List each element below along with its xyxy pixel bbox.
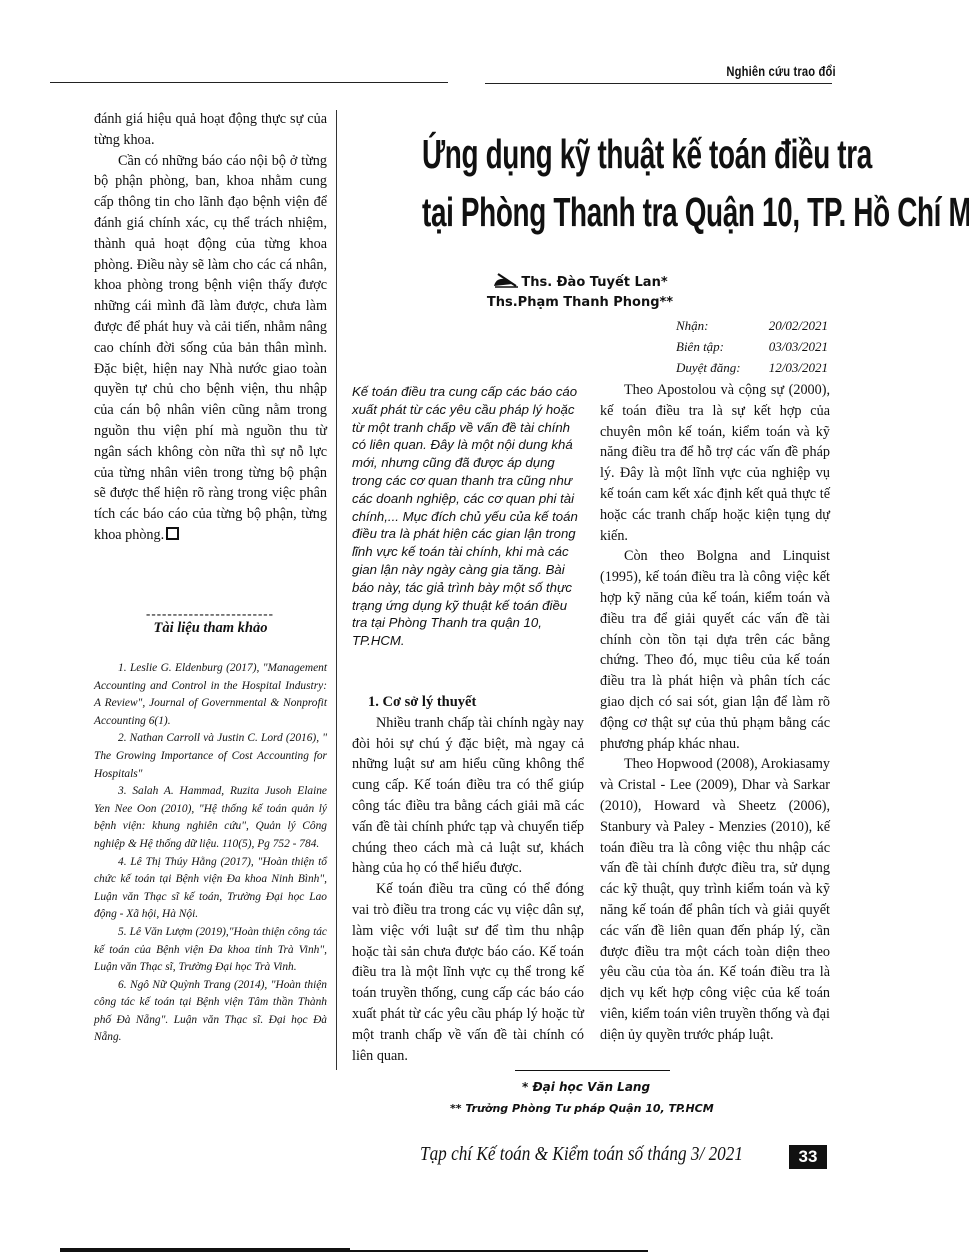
- article-dates: Nhận:20/02/2021 Biên tập:03/03/2021 Duyệ…: [676, 315, 828, 378]
- footnote-2: ** Trưởng Phòng Tư pháp Quận 10, TP.HCM: [400, 1098, 840, 1120]
- column-divider: [336, 110, 337, 1070]
- references-title: Tài liệu tham khảo: [94, 620, 327, 637]
- date-edited: Biên tập:03/03/2021: [676, 336, 828, 357]
- continued-paragraph: đánh giá hiệu quả hoạt động thực sự của …: [94, 109, 327, 151]
- footer-rule: [60, 1250, 648, 1252]
- body-paragraph: Theo Hopwood (2008), Arokiasamy và Crist…: [600, 754, 830, 1045]
- body-paragraph: Theo Apostolou và cộng sự (2000), kế toá…: [600, 380, 830, 546]
- references-list: 1. Leslie G. Eldenburg (2017), "Manageme…: [94, 660, 327, 1047]
- section-tag: Nghiên cứu trao đổi: [727, 63, 836, 79]
- footnote-rule: [515, 1070, 670, 1071]
- authors: Ths. Đào Tuyết Lan* Ths.Phạm Thanh Phong…: [470, 272, 690, 313]
- reference-item: 2. Nathan Carroll và Justin C. Lord (201…: [94, 730, 327, 783]
- footnote-1: * Đại học Văn Lang: [400, 1076, 840, 1098]
- left-column: đánh giá hiệu quả hoạt động thực sự của …: [94, 109, 327, 546]
- title-line-2: tại Phòng Thanh tra Quận 10, TP. Hồ Chí …: [422, 183, 762, 241]
- section-heading: 1. Cơ sở lý thuyết: [352, 692, 584, 713]
- title-line-1: Ứng dụng kỹ thuật kế toán điều tra: [422, 125, 762, 183]
- header-rule-right: [485, 83, 832, 84]
- date-received: Nhận:20/02/2021: [676, 315, 828, 336]
- body-paragraph: Nhiều tranh chấp tài chính ngày nay đòi …: [352, 713, 584, 879]
- end-of-article-mark-icon: [166, 527, 179, 540]
- author-1: Ths. Đào Tuyết Lan*: [470, 272, 690, 293]
- article-title: Ứng dụng kỹ thuật kế toán điều tra tại P…: [422, 125, 762, 241]
- header-rule: [50, 82, 448, 83]
- author-2: Ths.Phạm Thanh Phong**: [470, 293, 690, 313]
- body-paragraph: Kế toán điều tra cũng có thể đóng vai tr…: [352, 879, 584, 1066]
- right-column: Theo Apostolou và cộng sự (2000), kế toá…: [600, 380, 830, 1046]
- journal-name: Tạp chí Kế toán & Kiểm toán số tháng 3/ …: [420, 1143, 743, 1166]
- reference-item: 1. Leslie G. Eldenburg (2017), "Manageme…: [94, 660, 327, 730]
- body-paragraph: Còn theo Bolgna and Linquist (1995), kế …: [600, 546, 830, 754]
- pen-writing-icon: [492, 272, 520, 288]
- reference-item: 4. Lê Thị Thúy Hằng (2017), "Hoàn thiện …: [94, 854, 327, 924]
- reference-item: 3. Salah A. Hammad, Ruzita Jusoh Elaine …: [94, 783, 327, 853]
- reference-item: 6. Ngô Nữ Quỳnh Trang (2014), "Hoàn thiệ…: [94, 977, 327, 1047]
- date-approved: Duyệt đăng:12/03/2021: [676, 357, 828, 378]
- footnotes: * Đại học Văn Lang ** Trưởng Phòng Tư ph…: [400, 1076, 840, 1120]
- reference-item: 5. Lê Văn Lượm (2019),"Hoàn thiện công t…: [94, 924, 327, 977]
- body-paragraph: Cần có những báo cáo nội bộ ở từng bộ ph…: [94, 151, 327, 546]
- middle-column: 1. Cơ sở lý thuyết Nhiều tranh chấp tài …: [352, 692, 584, 1066]
- page-number: 33: [789, 1145, 827, 1169]
- abstract: Kế toán điều tra cung cấp các báo cáo xu…: [352, 383, 584, 650]
